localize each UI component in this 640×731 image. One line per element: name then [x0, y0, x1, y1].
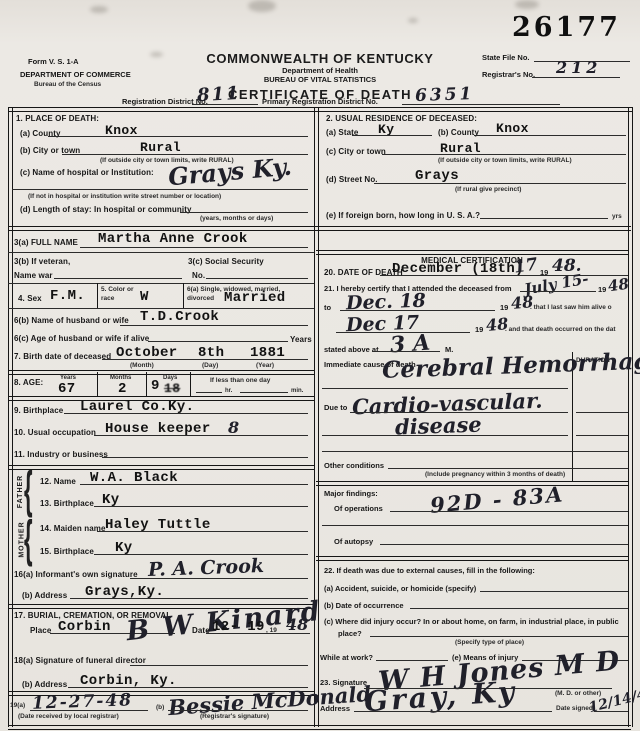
rule: [102, 457, 308, 458]
death-occurred-text: . and that death occurred on the dat: [505, 326, 616, 333]
birthplace-label: 9. Birthplace: [14, 406, 63, 415]
rule: [80, 484, 308, 485]
rule: [374, 183, 626, 184]
residence-city-label: (c) City or town: [326, 147, 386, 156]
of-autopsy-label: Of autopsy: [334, 537, 373, 546]
frame-bottom: [8, 725, 631, 730]
full-name-label: 3(a) FULL NAME: [14, 238, 78, 247]
yrs-label: yrs: [612, 213, 622, 220]
year-caption: (Year): [256, 362, 274, 369]
funeral-director-label: 18(a) Signature of funeral director: [14, 656, 146, 665]
rule: [30, 710, 148, 711]
rule: [130, 578, 308, 579]
birthdate-label: 7. Birth date of deceased: [14, 352, 111, 361]
rule: [196, 392, 222, 393]
min-label: min.: [291, 388, 303, 394]
rule: [48, 136, 308, 137]
state-file-number-stamp: 26177: [512, 12, 621, 43]
pregnancy-note: (Include pregnancy within 3 months of de…: [425, 471, 565, 478]
frame-left: [8, 107, 13, 727]
rule: [148, 341, 288, 342]
rule: [474, 135, 626, 136]
registration-district-value: 811: [196, 83, 241, 106]
due-to-label: Due to: [324, 403, 347, 412]
street-note: (If rural give precinct): [455, 186, 521, 193]
rule: [480, 591, 628, 592]
while-at-work-label: While at work?: [320, 653, 373, 662]
burial-date-year-value: 48: [286, 615, 308, 634]
registrar-item-label: 19(a): [10, 702, 25, 709]
row-divider-heavy: [316, 481, 629, 486]
date-received-caption: (Date received by local registrar): [18, 713, 119, 720]
rule: [352, 135, 432, 136]
date-signed-label: Date signed: [556, 705, 593, 712]
m-label: M.: [445, 345, 453, 354]
rule: [94, 435, 308, 436]
rule: [102, 359, 308, 360]
column-divider: [314, 107, 319, 727]
rule: [322, 451, 628, 452]
row-divider: [8, 283, 314, 284]
race-label: 5. Color or: [101, 286, 134, 293]
month-caption: (Month): [130, 362, 154, 369]
scan-smudge: [408, 18, 418, 23]
printed-19-to: 19: [500, 303, 508, 312]
section-divider: [8, 226, 631, 231]
rule: [97, 531, 308, 532]
sex-value: F.M.: [50, 288, 85, 304]
rule: [64, 413, 308, 414]
full-name-value: Martha Anne Crook: [98, 231, 248, 247]
scan-smudge: [90, 6, 108, 13]
race-label-2: race: [101, 295, 114, 302]
rule: [390, 511, 628, 512]
veteran-name-war-label: Name war: [14, 271, 53, 280]
rule: [594, 711, 628, 712]
primary-district-label: Primary Registration District No.: [262, 97, 378, 106]
where-injury-label: (c) Where did injury occur? In or about …: [324, 617, 619, 626]
cell-divider: [190, 372, 191, 397]
rule: [70, 598, 308, 599]
form-number: Form V. S. 1-A: [28, 57, 79, 66]
marital-label-2: divorced: [187, 295, 214, 302]
major-findings-label: Major findings:: [324, 489, 378, 498]
rule: [372, 351, 440, 352]
residence-county-value: Knox: [496, 121, 529, 136]
cell-divider: [183, 283, 184, 309]
rule: [80, 247, 308, 248]
spouse-label: 6(b) Name of husband or wife: [14, 316, 129, 325]
place-of-death-section: 1. PLACE OF DEATH:: [16, 114, 99, 123]
cell-divider: [97, 283, 98, 309]
age-years-value: 67: [58, 381, 76, 397]
informant-address-label: (b) Address: [22, 591, 67, 600]
row-divider-heavy: [8, 465, 314, 470]
rule: [120, 325, 308, 326]
sex-label: 4. Sex: [18, 294, 42, 303]
street-label: (d) Street No.: [326, 175, 378, 184]
operations-findings-handwritten: 92D - 83A: [429, 481, 565, 518]
rule: [206, 278, 308, 279]
rule: [380, 544, 628, 545]
age-label: 8. AGE:: [14, 378, 43, 387]
rule: [192, 104, 258, 105]
registrar-b-label: (b): [156, 704, 164, 711]
rule: [480, 218, 608, 219]
medical-box-top: [316, 250, 629, 255]
industry-label: 11. Industry or business: [14, 450, 108, 459]
mother-maiden-label: 14. Maiden name: [40, 524, 106, 533]
row-divider-heavy: [316, 556, 629, 561]
spouse-value: T.D.Crook: [140, 309, 219, 325]
row-divider: [8, 252, 314, 253]
burial-place-label: Place: [30, 626, 51, 635]
scan-smudge: [150, 52, 163, 57]
accident-suicide-label: (a) Accident, suicide, or homicide (spec…: [324, 584, 476, 593]
funeral-director-address-label: (b) Address: [22, 680, 67, 689]
residence-city-note: (If outside city or town limits, write R…: [438, 157, 572, 164]
mother-birthplace-label: 15. Birthplace: [40, 547, 94, 556]
primary-district-value: 6351: [415, 84, 475, 106]
father-name-label: 12. Name: [40, 477, 76, 486]
occupation-label: 10. Usual occupation: [14, 428, 96, 437]
physician-signature-label: 23. Signature: [320, 678, 367, 687]
death-certificate-scan: Form V. S. 1-A DEPARTMENT OF COMMERCE Bu…: [0, 0, 640, 731]
rule: [410, 608, 628, 609]
rule: [532, 77, 620, 78]
day-caption: (Day): [202, 362, 218, 369]
rule: [180, 212, 308, 213]
rule: [54, 278, 182, 279]
state-file-label: State File No.: [482, 53, 530, 62]
hospital-label: (c) Name of hospital or Institution:: [20, 168, 154, 177]
rule: [322, 525, 628, 526]
years-suffix-label: Years: [290, 335, 312, 344]
registrar-signature-caption: (Registrar's signature): [200, 713, 269, 720]
age-days-value: 9: [151, 378, 160, 394]
rule: [388, 468, 628, 469]
street-value: Grays: [415, 168, 459, 184]
veteran-label: 3(b) If veteran,: [14, 257, 70, 266]
rule: [322, 435, 568, 436]
date-of-occurrence-label: (b) Date of occurrence: [324, 601, 404, 610]
age-months-value: 2: [118, 381, 127, 397]
row-divider-heavy: [8, 370, 314, 375]
printed-19-alive: 19: [475, 325, 483, 334]
frame-top: [8, 107, 632, 112]
rule: [380, 275, 628, 276]
rule: [94, 554, 308, 555]
scan-smudge: [515, 0, 539, 9]
specify-place-note: (Specify type of place): [455, 639, 524, 646]
other-conditions-label: Other conditions: [324, 461, 384, 470]
stated-above-label: stated above at: [324, 345, 379, 354]
residence-section: 2. USUAL RESIDENCE OF DECEASED:: [326, 114, 477, 123]
frame-right: [628, 107, 633, 727]
city-value: Rural: [140, 140, 181, 155]
cell-divider: [97, 372, 98, 397]
ssn-no-label: No.: [192, 271, 205, 280]
hospital-note: (If not in hospital or institution write…: [28, 193, 221, 200]
rule: [576, 412, 628, 413]
to-label: to: [324, 303, 331, 312]
rule: [206, 633, 310, 634]
informant-signature-label: 16(a) Informant's own signature: [14, 570, 138, 579]
bureau-census: Bureau of the Census: [34, 81, 101, 88]
hr-label: hr.: [225, 388, 232, 394]
of-operations-label: Of operations: [334, 504, 383, 513]
rule: [94, 506, 308, 507]
rule: [382, 154, 626, 155]
rule: [240, 392, 288, 393]
length-of-stay-label: (d) Length of stay: In hospital or commu…: [20, 205, 192, 214]
rule: [12, 189, 308, 190]
hour-of-death-handwritten: 3 A: [389, 330, 431, 359]
physician-address-label: Address: [320, 704, 350, 713]
external-causes-section: 22. If death was due to external causes,…: [324, 566, 535, 575]
rule: [354, 711, 552, 712]
where-injury-label2: place?: [338, 629, 362, 638]
marital-value: Married: [224, 290, 286, 306]
race-value: W: [140, 289, 149, 305]
length-of-stay-note: (years, months or days): [200, 215, 273, 222]
registrar-no-value: 212: [556, 58, 601, 77]
age-days-overstrike: 18: [164, 381, 180, 396]
less-than-day-label: If less than one day: [210, 377, 270, 384]
registrar-no-label: Registrar's No.: [482, 70, 535, 79]
residence-county-label: (b) County: [438, 128, 479, 137]
md-or-other-caption: (M. D. or other): [555, 690, 601, 697]
ssn-label: 3(c) Social Security: [188, 257, 264, 266]
rule: [402, 104, 560, 105]
dept-commerce: DEPARTMENT OF COMMERCE: [20, 70, 131, 79]
foreign-born-label: (e) If foreign born, how long in U. S. A…: [326, 211, 480, 220]
rule: [370, 636, 628, 637]
printed-19-from: 19: [598, 285, 606, 294]
commonwealth-title: COMMONWEALTH OF KENTUCKY: [185, 51, 455, 66]
father-birthplace-label: 13. Birthplace: [40, 499, 94, 508]
last-saw-alive-text: . that I last saw him alive o: [530, 304, 612, 311]
cell-divider: [146, 372, 147, 397]
rule: [576, 435, 628, 436]
attended-from-year-handwritten: 48: [607, 275, 630, 296]
spouse-age-label: 6(c) Age of husband or wife if alive: [14, 334, 149, 343]
mother-brace: {: [24, 510, 33, 570]
rule: [130, 665, 308, 666]
scan-smudge: [248, 0, 276, 12]
rule: [168, 710, 308, 711]
dept-health: Department of Health: [185, 66, 455, 75]
